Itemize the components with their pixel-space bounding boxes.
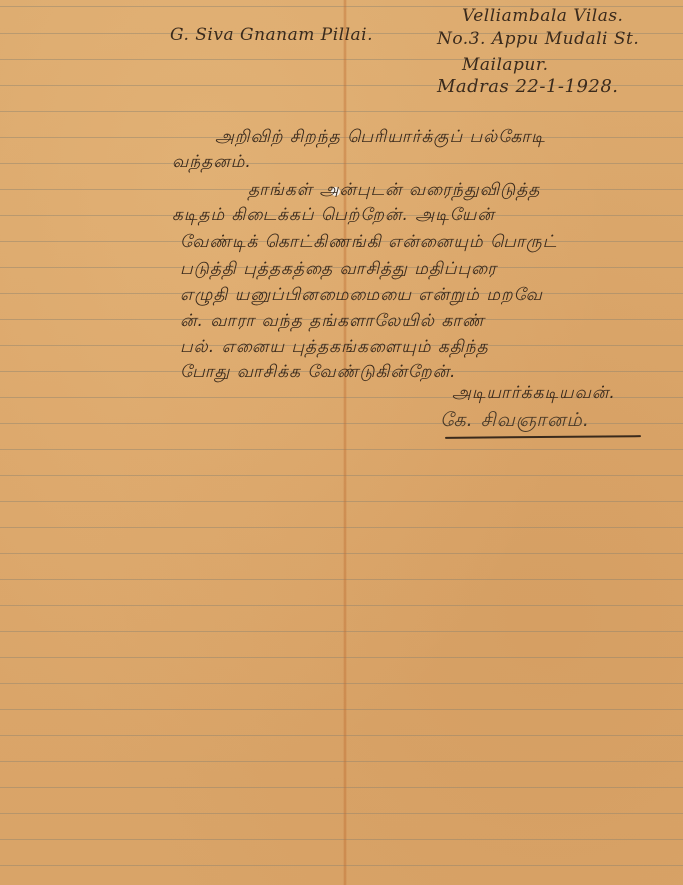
- body-line-9: பல். எனைய புத்தகங்களையும் கதிந்த: [180, 337, 489, 359]
- address-line-3: Mailapur.: [462, 55, 549, 75]
- signature: கே. சிவஞானம்.: [440, 409, 590, 434]
- body-line-1: அறிவிற் சிறந்த பெரியார்க்குப் பல்கோடி: [215, 127, 546, 149]
- date-line: Madras 22-1-1928.: [437, 76, 619, 97]
- body-line-2: வந்தனம்.: [172, 152, 252, 174]
- body-line-4: கடிதம் கிடைக்கப் பெற்றேன். அடியேன்: [172, 205, 495, 227]
- body-line-5: வேண்டிக் கொட்கிணங்கி என்னையும் பொருட்: [180, 232, 557, 254]
- body-line-6: படுத்தி புத்தகத்தை வாசித்து மதிப்புரை: [180, 259, 497, 281]
- body-line-10: போது வாசிக்க வேண்டுகின்றேன்.: [180, 362, 456, 384]
- address-line-1: Velliambala Vilas.: [462, 6, 623, 26]
- body-line-7: எழுதி யனுப்பினமைமையை என்றும் மறவே: [180, 285, 543, 307]
- sender-name: G. Siva Gnanam Pillai.: [170, 25, 373, 45]
- body-line-8: ன். வாரா வந்த தங்களாலேயில் காண்: [180, 311, 485, 333]
- address-line-2: No.3. Appu Mudali St.: [437, 29, 639, 49]
- closing: அடியார்க்கடியவன்.: [452, 383, 616, 405]
- body-line-3: தாங்கள் அன்புடன் வரைந்துவிடுத்த: [248, 180, 540, 202]
